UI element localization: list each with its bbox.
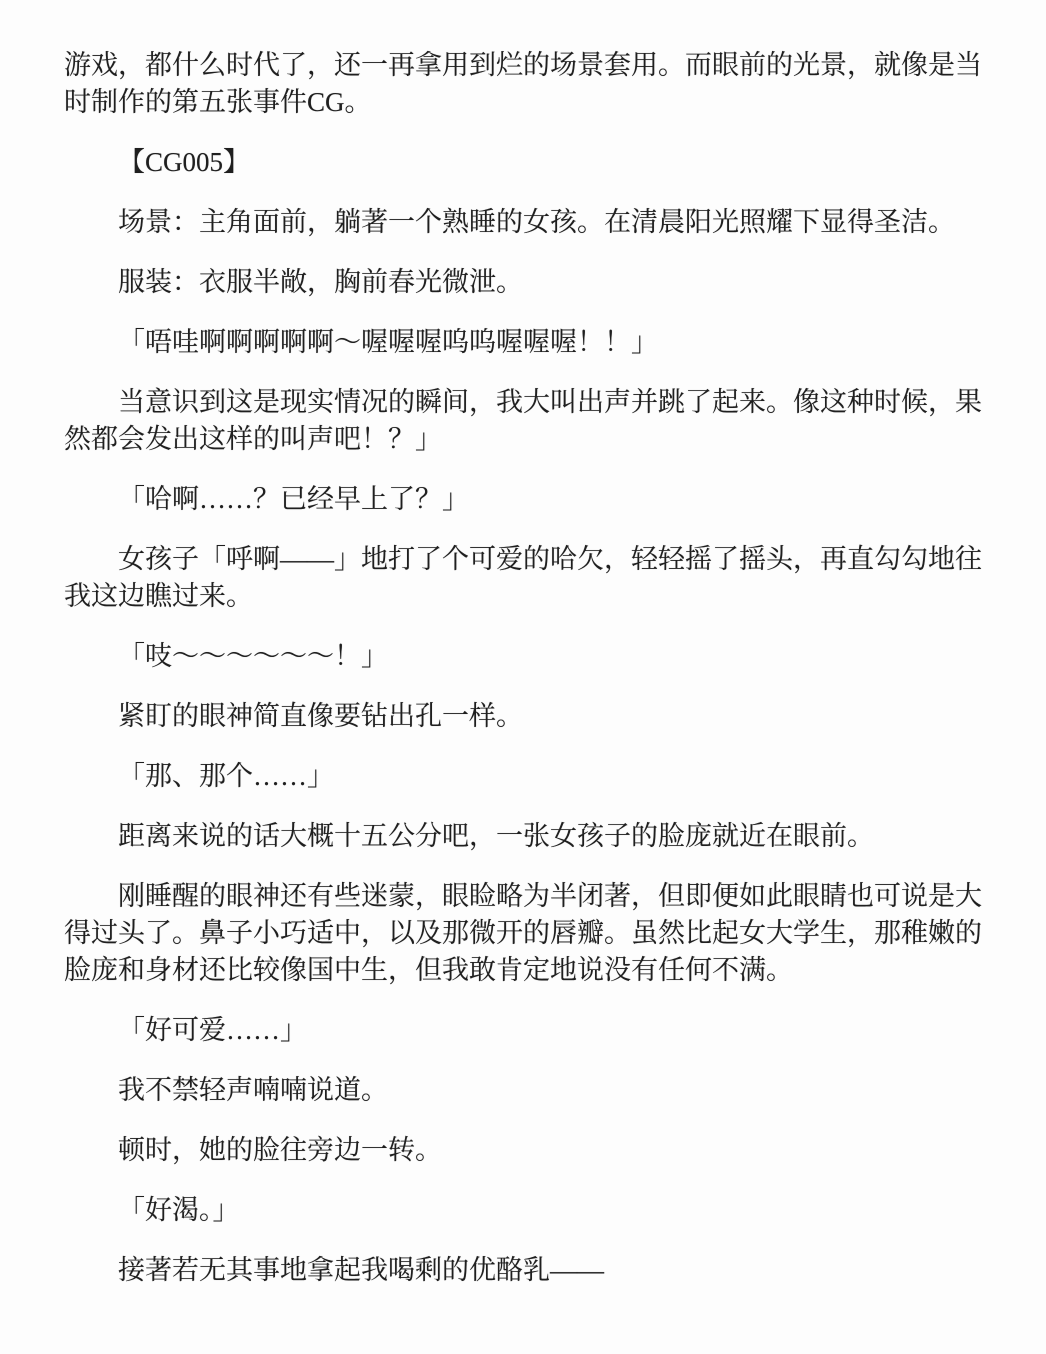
paragraph: 「哈啊……？已经早上了？」: [64, 481, 984, 518]
paragraph: 女孩子「呼啊——」地打了个可爱的哈欠，轻轻摇了摇头，再直勾勾地往我这边瞧过来。: [64, 541, 984, 615]
paragraph: 「吱～～～～～～！」: [64, 638, 984, 675]
paragraph: 「好可爱……」: [64, 1012, 984, 1049]
paragraph: 当意识到这是现实情况的瞬间，我大叫出声并跳了起来。像这种时候，果然都会发出这样的…: [64, 384, 984, 458]
text-column: 游戏，都什么时代了，还一再拿用到烂的场景套用。而眼前的光景，就像是当时制作的第五…: [64, 47, 984, 1289]
paragraph: 「唔哇啊啊啊啊啊～喔喔喔呜呜喔喔喔！！」: [64, 324, 984, 361]
paragraph: 我不禁轻声喃喃说道。: [64, 1072, 984, 1109]
paragraph: 【CG005】: [64, 144, 984, 181]
paragraph: 场景：主角面前，躺著一个熟睡的女孩。在清晨阳光照耀下显得圣洁。: [64, 204, 984, 241]
paragraph: 接著若无其事地拿起我喝剩的优酪乳——: [64, 1252, 984, 1289]
document-page: 游戏，都什么时代了，还一再拿用到烂的场景套用。而眼前的光景，就像是当时制作的第五…: [0, 0, 1046, 1354]
paragraph: 「好渴。」: [64, 1192, 984, 1229]
paragraph: 紧盯的眼神简直像要钻出孔一样。: [64, 698, 984, 735]
paragraph: 「那、那个……」: [64, 758, 984, 795]
paragraph: 服装：衣服半敞，胸前春光微泄。: [64, 264, 984, 301]
paragraph: 刚睡醒的眼神还有些迷蒙，眼睑略为半闭著，但即便如此眼睛也可说是大得过头了。鼻子小…: [64, 878, 984, 989]
paragraph: 距离来说的话大概十五公分吧，一张女孩子的脸庞就近在眼前。: [64, 818, 984, 855]
paragraph: 顿时，她的脸往旁边一转。: [64, 1132, 984, 1169]
paragraph: 游戏，都什么时代了，还一再拿用到烂的场景套用。而眼前的光景，就像是当时制作的第五…: [64, 47, 984, 121]
